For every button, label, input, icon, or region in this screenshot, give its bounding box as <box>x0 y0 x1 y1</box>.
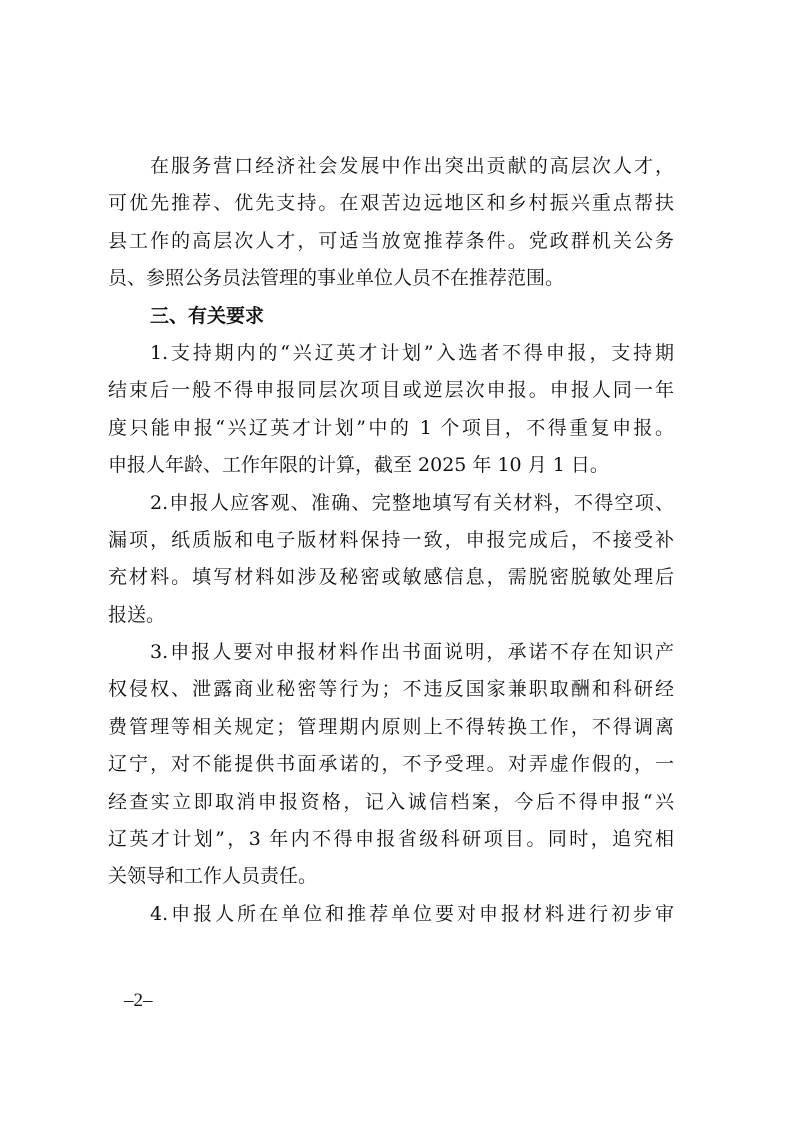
text-line: 度只能申报“兴辽英才计划”中的 1 个项目，不得重复申报。 <box>108 410 674 447</box>
text-line: 经查实立即取消申报资格，记入诚信档案，今后不得申报“兴 <box>108 784 674 821</box>
text-line: 充材料。填写材料如涉及秘密或敏感信息，需脱密脱敏处理后 <box>108 559 674 596</box>
text-line: 县工作的高层次人才，可适当放宽推荐条件。党政群机关公务 <box>108 223 674 260</box>
text-line: 报送。 <box>108 597 674 634</box>
section-heading: 三、有关要求 <box>108 298 674 335</box>
text-line: 漏项，纸质版和电子版材料保持一致，申报完成后，不接受补 <box>108 522 674 559</box>
requirement-3: 3.申报人要对申报材料作出书面说明，承诺不存在知识产 权侵权、泄露商业秘密等行为… <box>108 634 674 896</box>
requirement-4: 4.申报人所在单位和推荐单位要对申报材料进行初步审 <box>108 896 674 933</box>
paragraph-priority: 在服务营口经济社会发展中作出突出贡献的高层次人才， 可优先推荐、优先支持。在艰苦… <box>108 148 674 298</box>
text-line: 权侵权、泄露商业秘密等行为；不违反国家兼职取酬和科研经 <box>108 671 674 708</box>
text-line: 1.支持期内的“兴辽英才计划”入选者不得申报，支持期 <box>108 335 674 372</box>
requirement-1: 1.支持期内的“兴辽英才计划”入选者不得申报，支持期 结束后一般不得申报同层次项… <box>108 335 674 485</box>
text-line: 辽英才计划”，3 年内不得申报省级科研项目。同时，追究相 <box>108 821 674 858</box>
document-page: 在服务营口经济社会发展中作出突出贡献的高层次人才， 可优先推荐、优先支持。在艰苦… <box>0 0 794 1123</box>
requirement-2: 2.申报人应客观、准确、完整地填写有关材料，不得空项、 漏项，纸质版和电子版材料… <box>108 485 674 635</box>
text-line: 结束后一般不得申报同层次项目或逆层次申报。申报人同一年 <box>108 372 674 409</box>
page-number: –2– <box>124 990 153 1012</box>
text-line: 员、参照公务员法管理的事业单位人员不在推荐范围。 <box>108 260 674 297</box>
text-line: 申报人年龄、工作年限的计算，截至 2025 年 10 月 1 日。 <box>108 447 674 484</box>
text-line: 3.申报人要对申报材料作出书面说明，承诺不存在知识产 <box>108 634 674 671</box>
document-body: 在服务营口经济社会发展中作出突出贡献的高层次人才， 可优先推荐、优先支持。在艰苦… <box>108 148 674 933</box>
text-line: 费管理等相关规定；管理期内原则上不得转换工作，不得调离 <box>108 709 674 746</box>
text-line: 可优先推荐、优先支持。在艰苦边远地区和乡村振兴重点帮扶 <box>108 185 674 222</box>
text-line: 2.申报人应客观、准确、完整地填写有关材料，不得空项、 <box>108 485 674 522</box>
text-line: 关领导和工作人员责任。 <box>108 858 674 895</box>
text-line: 在服务营口经济社会发展中作出突出贡献的高层次人才， <box>108 148 674 185</box>
text-line: 4.申报人所在单位和推荐单位要对申报材料进行初步审 <box>108 896 674 933</box>
text-line: 辽宁，对不能提供书面承诺的，不予受理。对弄虚作假的，一 <box>108 746 674 783</box>
